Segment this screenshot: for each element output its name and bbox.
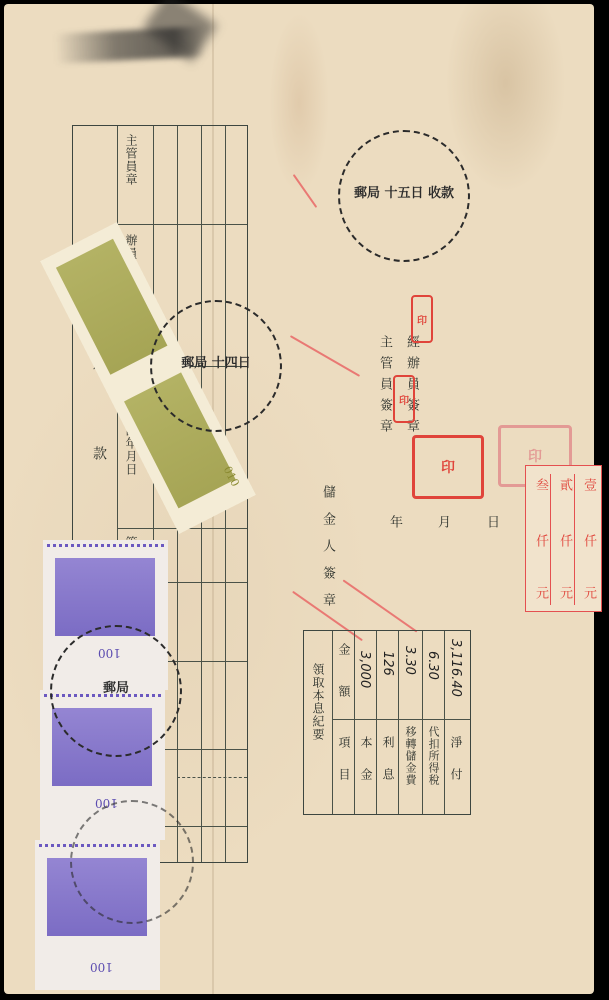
small-red-seal: 印: [411, 295, 433, 343]
interest-row-amount: 3.30: [402, 646, 417, 675]
postmark-lower-left: 郵局: [50, 625, 182, 757]
postmark-center: 郵局 十四日: [150, 300, 282, 432]
interest-row-amount: 6.30: [425, 651, 440, 680]
postmark-top-right: 郵局 十五日 收款: [338, 130, 470, 262]
label-depositor: 儲金人簽章: [318, 485, 337, 620]
interest-row-amount: 3,116.40: [448, 639, 463, 697]
interest-header-amount: 金額: [336, 643, 353, 727]
interest-summary-table: 領取本息紀要 項目 金額 本金 利息 移轉儲金費 代扣所得稅 淨付 3,000 …: [303, 630, 471, 815]
amount-slip: 壹 貳 叁 仟 仟 仟 元 元 元: [525, 465, 602, 612]
label-year: 年: [385, 515, 404, 529]
interest-table-title: 領取本息紀要: [310, 663, 327, 741]
ledger-section-label: 款: [89, 446, 109, 461]
interest-header-item: 項目: [336, 736, 353, 800]
label-supervisor: 主管員簽章: [375, 335, 394, 440]
interest-row-amount: 126: [380, 651, 395, 676]
interest-row-item: 利息: [380, 736, 397, 800]
interest-row-item: 代扣所得稅: [425, 726, 441, 786]
interest-row-item: 移轉儲金費: [402, 726, 418, 786]
interest-row-item: 淨付: [448, 736, 465, 800]
small-red-seal: 印: [393, 375, 415, 423]
postmark-bottom: [70, 800, 194, 924]
interest-row-item: 本金: [358, 736, 375, 800]
ledger-header-supervisor: 主管員章: [123, 134, 140, 186]
stamp-value: 100: [90, 960, 113, 974]
label-day: 日: [482, 515, 501, 529]
red-seal: 印: [412, 435, 484, 499]
label-month: 月: [433, 515, 452, 529]
interest-row-amount: 3,000: [357, 651, 372, 688]
